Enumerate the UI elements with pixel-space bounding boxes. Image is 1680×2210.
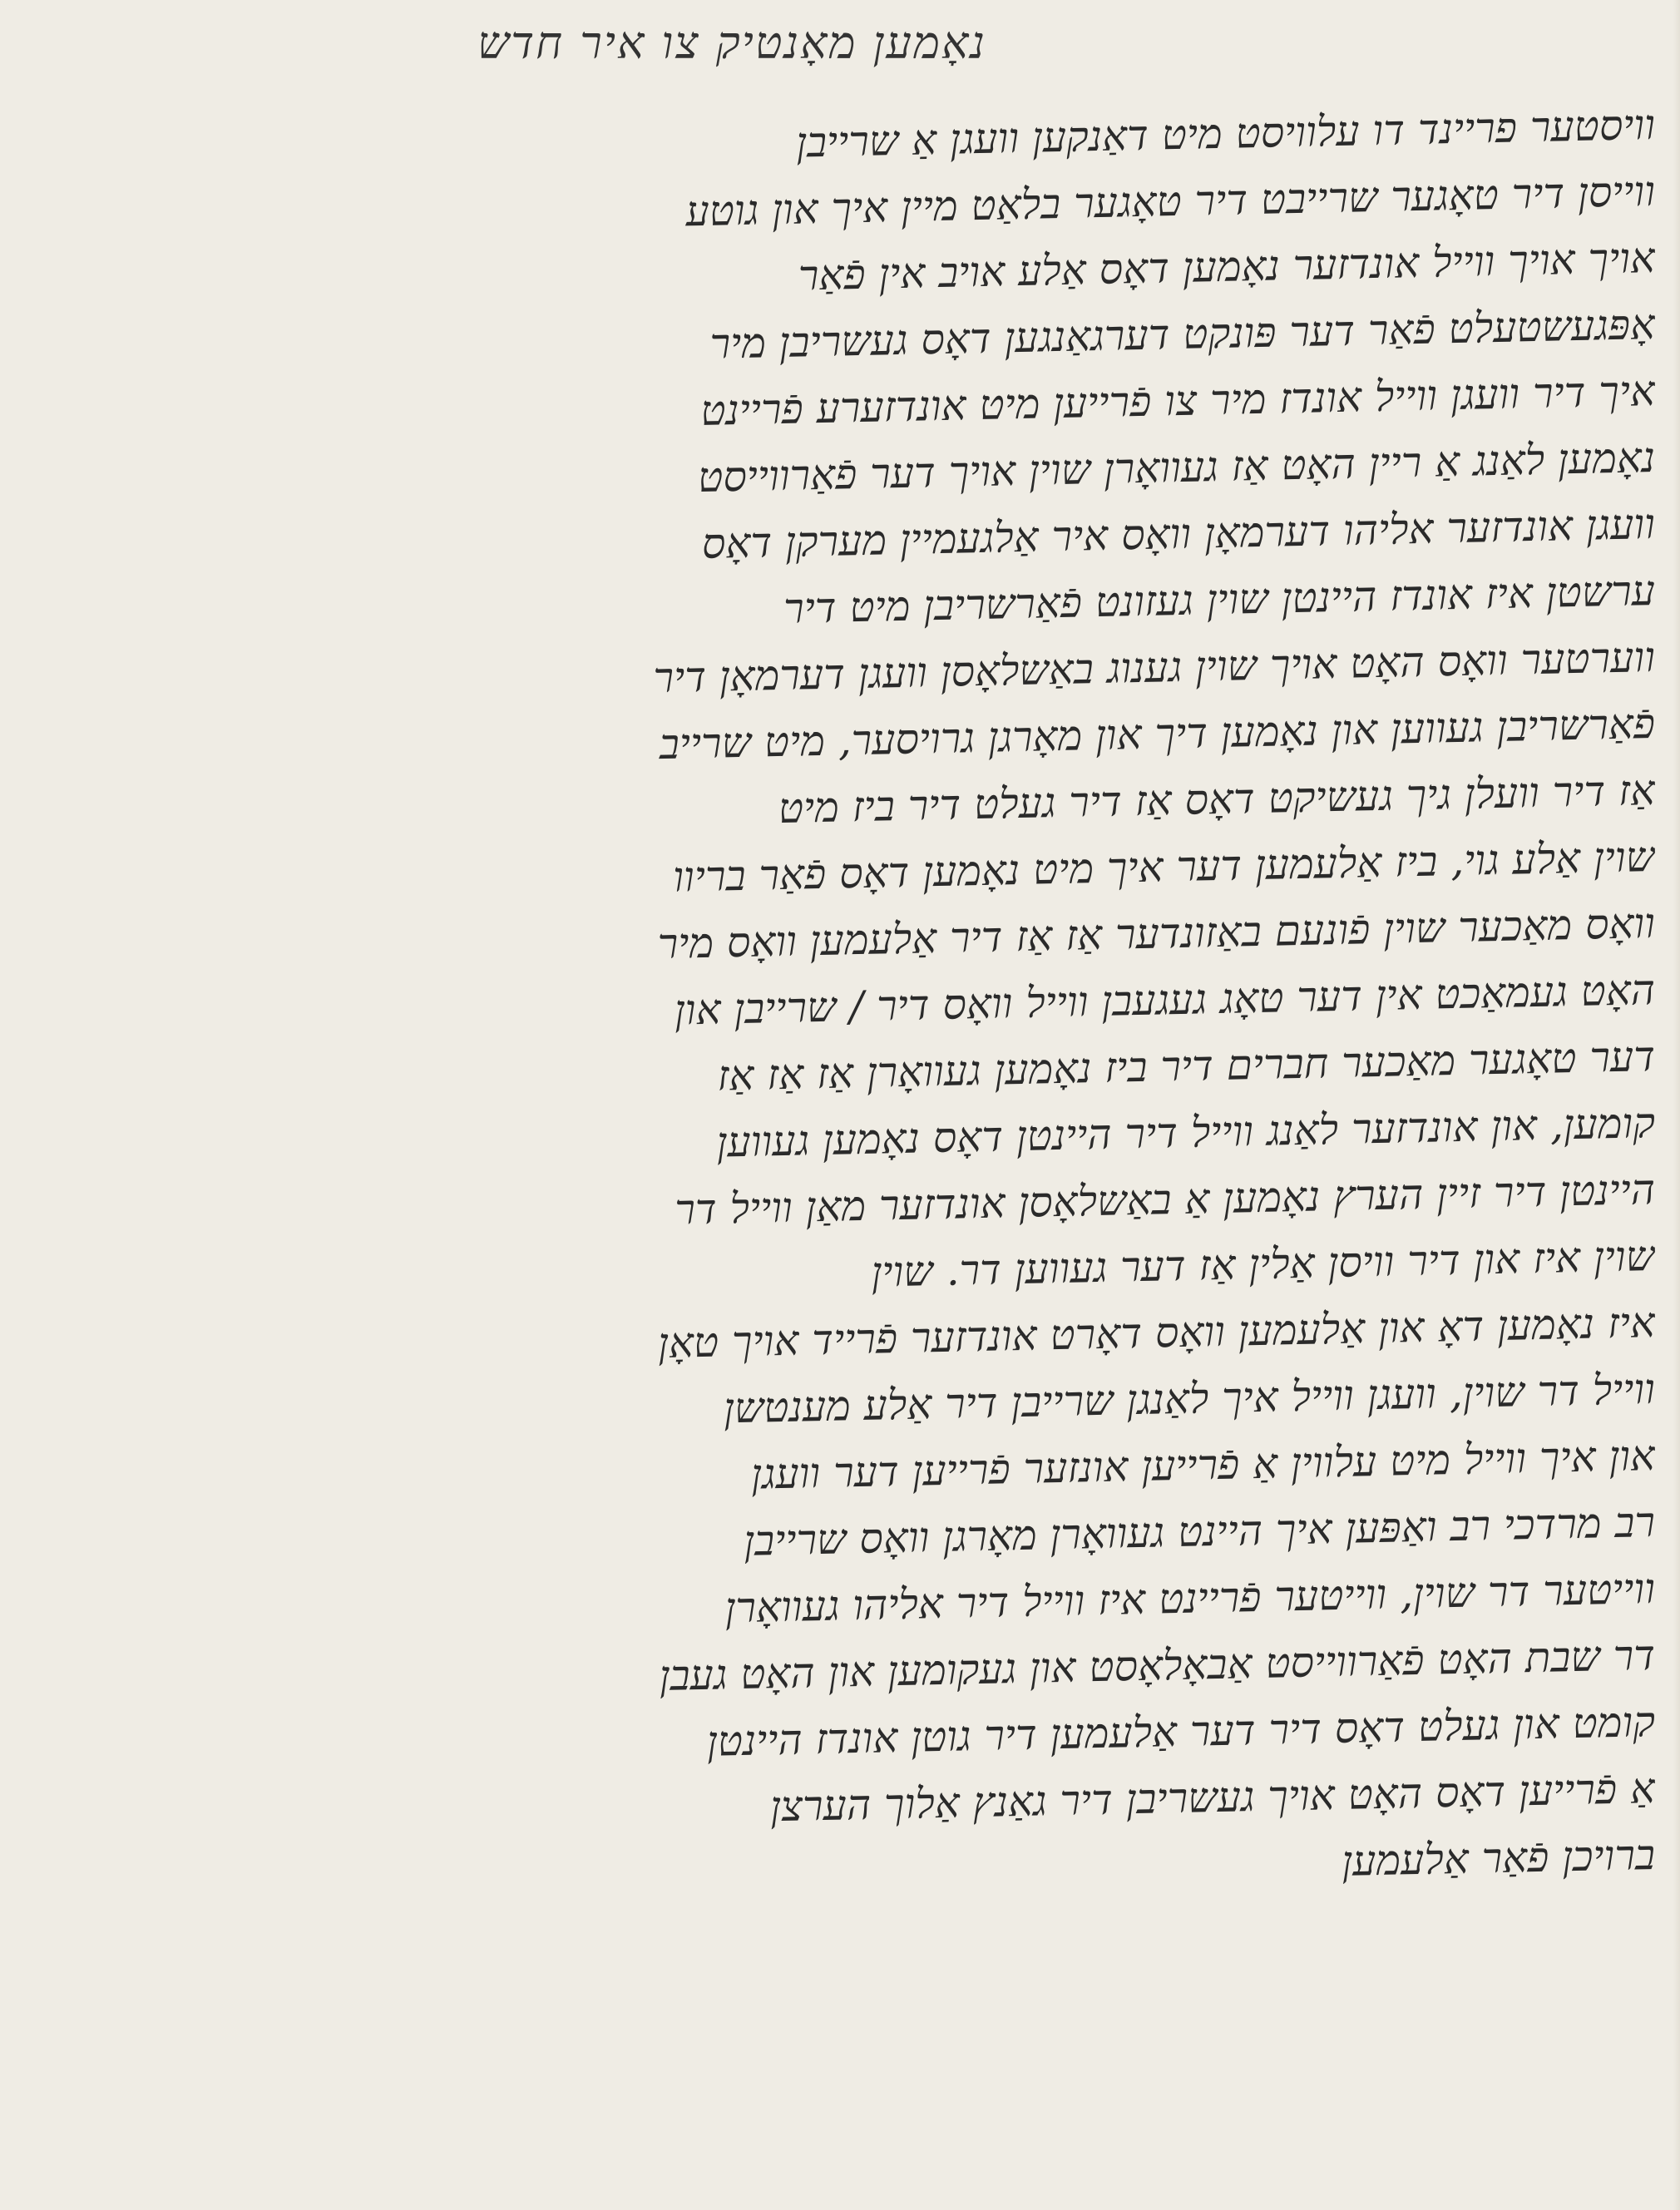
- letter-body: וויסטער פריינד דו עלוויסט מיט דאַנקען וו…: [33, 91, 1655, 1888]
- letter-title: נאָמען מאָנטיק צו איר חדש: [466, 17, 998, 69]
- letter-page: נאָמען מאָנטיק צו איר חדש וויסטער פריינד…: [0, 0, 1680, 2210]
- paper-edge: [1673, 0, 1680, 2210]
